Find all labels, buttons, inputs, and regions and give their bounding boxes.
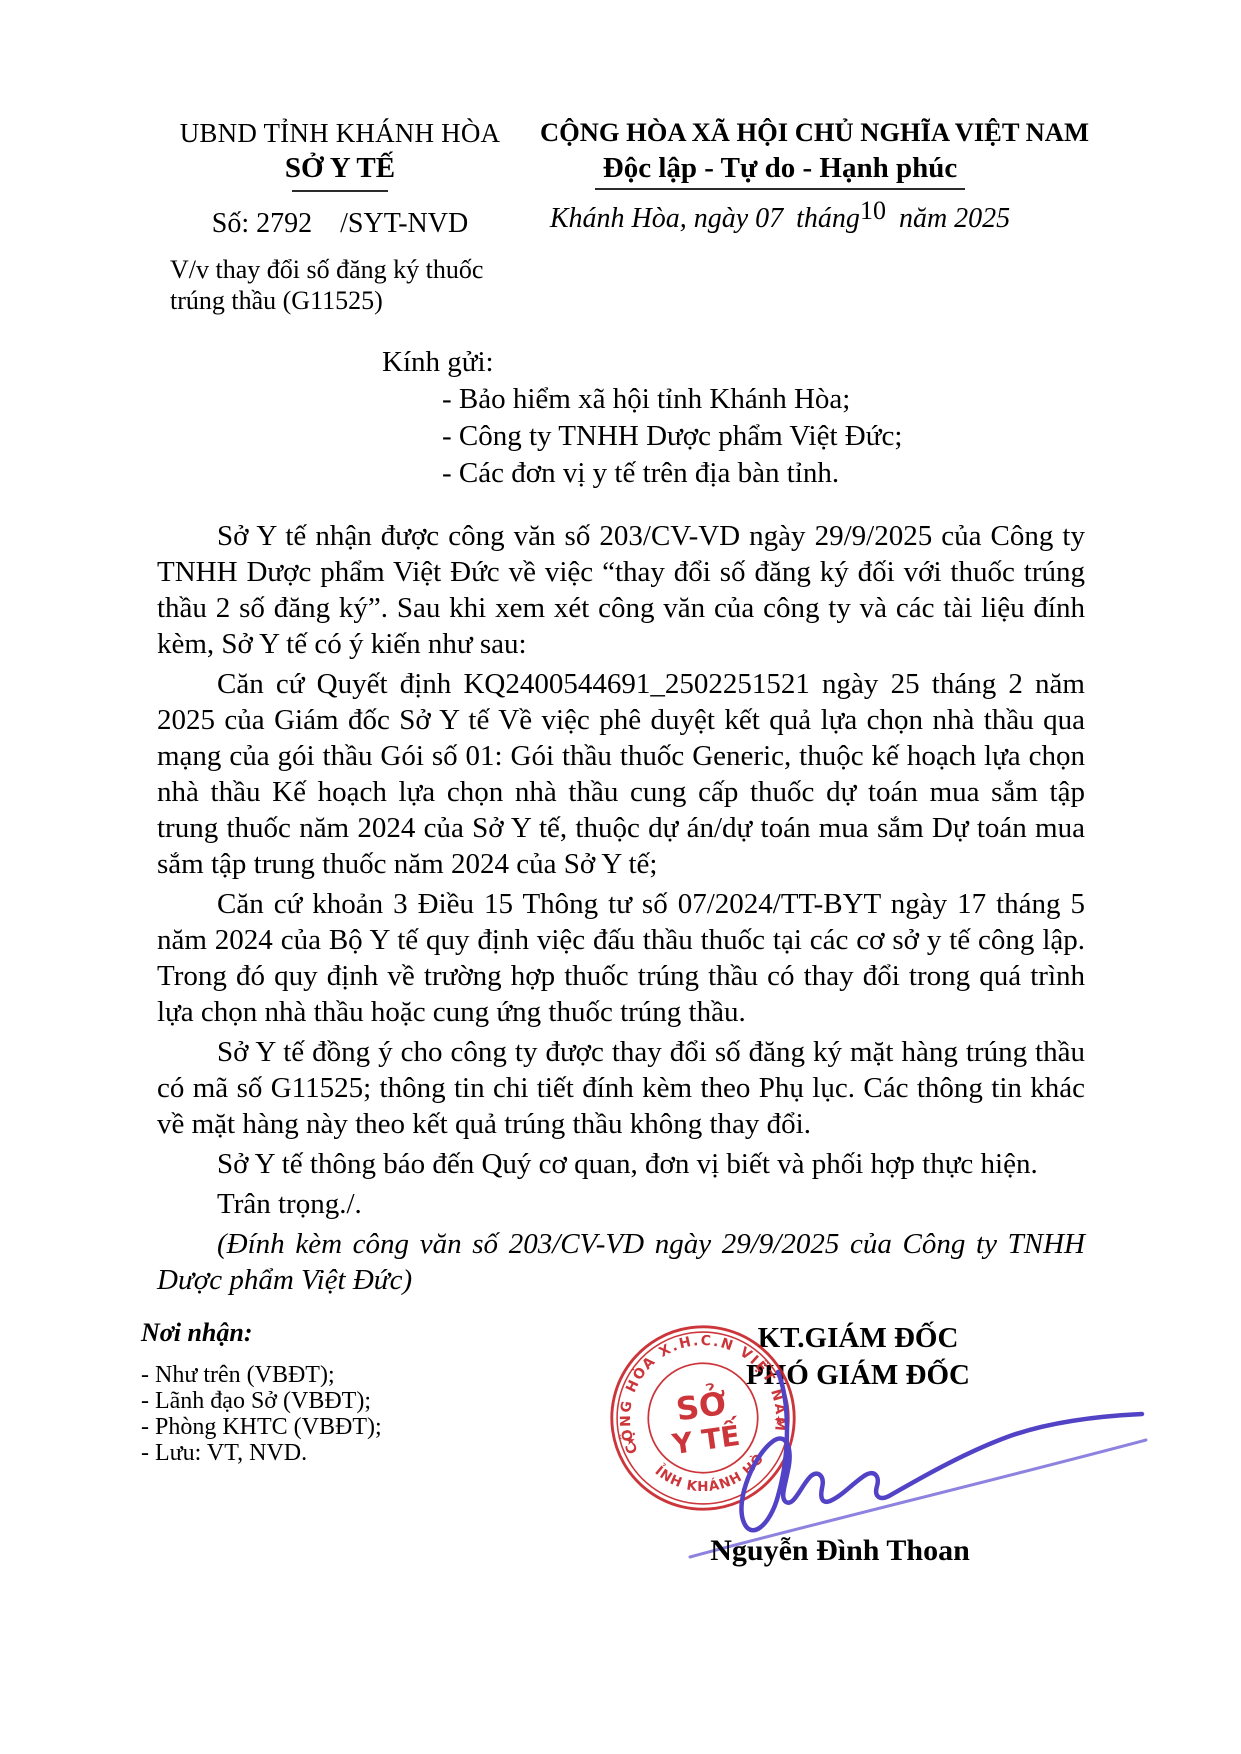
signer-name: Nguyễn Đình Thoan xyxy=(615,1534,1065,1568)
date-part-2: tháng xyxy=(796,203,860,234)
closing-line: Trân trọng./. xyxy=(157,1186,1085,1222)
parent-org-name: UBND TỈNH KHÁNH HÒA xyxy=(140,118,540,149)
national-header-block: CỘNG HÒA XÃ HỘI CHỦ NGHĨA VIỆT NAM Độc l… xyxy=(540,117,1020,235)
attachment-note: (Đính kèm công văn số 203/CV-VD ngày 29/… xyxy=(157,1226,1085,1298)
distribution-line: - Phòng KHTC (VBĐT); xyxy=(141,1414,382,1440)
signature-main-stroke xyxy=(741,1372,1142,1530)
org-name-underline-rule xyxy=(292,190,388,192)
paragraph-2: Căn cứ Quyết định KQ2400544691_250225152… xyxy=(157,666,1085,882)
subject-line-1: V/v thay đổi số đăng ký thuốc xyxy=(170,254,520,285)
recipient-line: - Các đơn vị y tế trên địa bàn tỉnh. xyxy=(442,455,902,492)
distribution-line: - Lãnh đạo Sở (VBĐT); xyxy=(141,1388,382,1414)
greeting-recipient-list: - Bảo hiểm xã hội tỉnh Khánh Hòa; - Công… xyxy=(442,381,902,492)
handwritten-signature xyxy=(630,1326,1160,1566)
document-number: Số: 2792 /SYT-NVD xyxy=(140,208,540,240)
org-name: SỞ Y TẾ xyxy=(140,152,540,185)
issuing-authority-block: UBND TỈNH KHÁNH HÒA SỞ Y TẾ Số: 2792 /SY… xyxy=(140,118,540,316)
distribution-line: - Như trên (VBĐT); xyxy=(141,1362,382,1388)
paragraph-1: Sở Y tế nhận được công văn số 203/CV-VD … xyxy=(157,518,1085,662)
distribution-label: Nơi nhận: xyxy=(141,1318,382,1348)
paragraph-4: Sở Y tế đồng ý cho công ty được thay đổi… xyxy=(157,1034,1085,1142)
national-title: CỘNG HÒA XÃ HỘI CHỦ NGHĨA VIỆT NAM xyxy=(540,117,1020,148)
date-month-filled: 10 xyxy=(860,196,886,225)
distribution-line: - Lưu: VT, NVD. xyxy=(141,1440,382,1466)
recipient-line: - Bảo hiểm xã hội tỉnh Khánh Hòa; xyxy=(442,381,902,418)
official-letter-page: UBND TỈNH KHÁNH HÒA SỞ Y TẾ Số: 2792 /SY… xyxy=(0,0,1241,1754)
distribution-block: Nơi nhận: - Như trên (VBĐT); - Lãnh đạo … xyxy=(141,1318,382,1466)
letter-body: Sở Y tế nhận được công văn số 203/CV-VD … xyxy=(157,518,1085,1302)
recipient-line: - Công ty TNHH Dược phẩm Việt Đức; xyxy=(442,418,902,455)
date-part-3: năm 2025 xyxy=(899,203,1010,234)
place-date-line: Khánh Hòa, ngày 07tháng10năm 2025 xyxy=(540,203,1020,235)
subject-line-2: trúng thầu (G11525) xyxy=(170,285,520,316)
paragraph-3: Căn cứ khoản 3 Điều 15 Thông tư số 07/20… xyxy=(157,886,1085,1030)
national-motto: Độc lập - Tự do - Hạnh phúc xyxy=(595,152,966,190)
paragraph-5: Sở Y tế thông báo đến Quý cơ quan, đơn v… xyxy=(157,1146,1085,1182)
distribution-list: - Như trên (VBĐT); - Lãnh đạo Sở (VBĐT);… xyxy=(141,1362,382,1466)
date-part-1: Khánh Hòa, ngày 07 xyxy=(550,203,783,234)
greeting-label: Kính gửi: xyxy=(382,344,902,381)
subject-block: V/v thay đổi số đăng ký thuốc trúng thầu… xyxy=(170,254,520,316)
greeting-block: Kính gửi: - Bảo hiểm xã hội tỉnh Khánh H… xyxy=(382,344,902,492)
motto-row: Độc lập - Tự do - Hạnh phúc xyxy=(540,148,1020,190)
